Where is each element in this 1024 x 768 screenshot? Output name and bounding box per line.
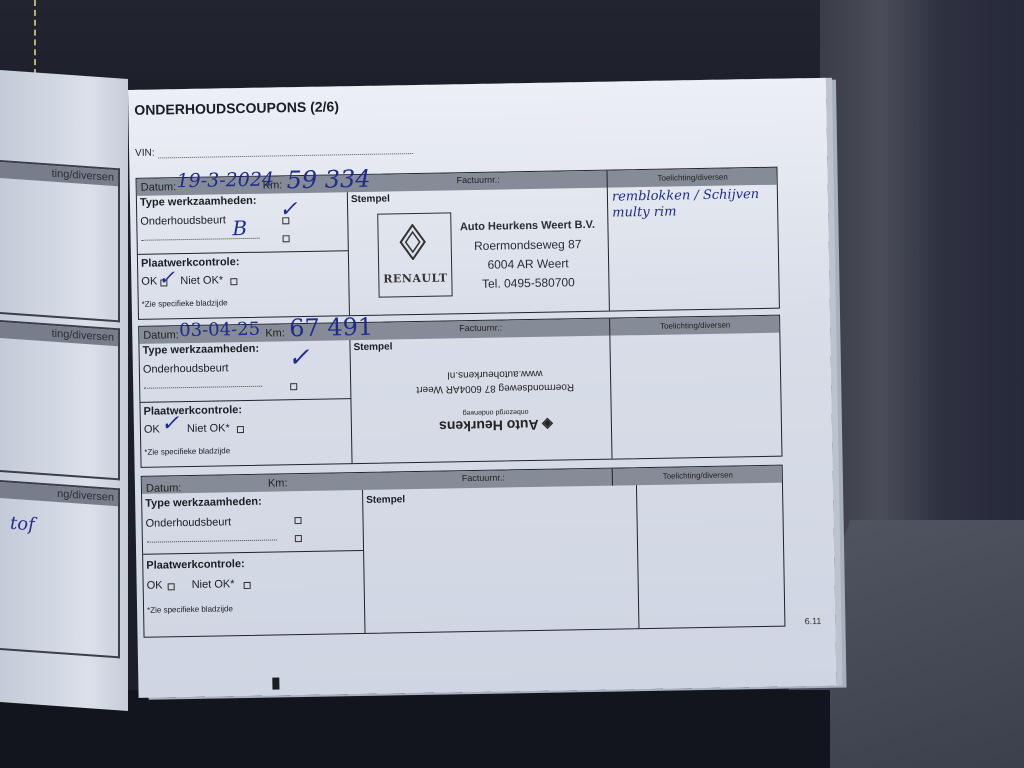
coupon-work-section: Type werkzaamheden: Onderhoudsbeurt ✓ B …: [137, 192, 350, 319]
page-number: 6.11: [804, 616, 821, 626]
renault-diamond-icon: ◈: [542, 417, 553, 433]
left-toelichting-header: ting/diversen: [0, 322, 118, 346]
toelichting-box[interactable]: [636, 483, 785, 629]
left-handwriting: tof: [10, 513, 35, 536]
other-work-checkbox[interactable]: [295, 535, 302, 542]
check-mark: ✓: [158, 265, 175, 289]
plaatwerkcontrole-label: Plaatwerkcontrole:: [144, 404, 243, 418]
coupon-work-section: Type werkzaamheden: Onderhoudsbeurt Plaa…: [142, 490, 365, 637]
datum-label: Datum:: [143, 329, 179, 342]
factuurnr-label: Factuurnr.:: [459, 323, 502, 334]
niet-ok-label: Niet OK*: [192, 578, 235, 591]
dotted-line: [144, 386, 262, 389]
datum-value[interactable]: 03-04-25: [179, 319, 260, 341]
niet-ok-checkbox[interactable]: [244, 582, 251, 589]
coupon-1: Datum: 19-3-2024 Km: 59 334 Factuurnr.: …: [136, 167, 780, 320]
niet-ok-label: Niet OK*: [180, 274, 223, 287]
onderhoudsbeurt-label: Onderhoudsbeurt: [143, 362, 229, 375]
work-type-box: Type werkzaamheden: Onderhoudsbeurt ✓: [139, 340, 350, 403]
factuurnr-label: Factuurnr.:: [462, 472, 505, 483]
dealer-city: 6004 AR Weert: [458, 254, 598, 275]
maintenance-coupon-page: ONDERHOUDSCOUPONS (2/6) VIN: Datum: 19-3…: [128, 78, 837, 698]
other-work-checkbox[interactable]: [290, 383, 297, 390]
left-coupon-fragment: ting/diversen: [0, 160, 120, 322]
stempel-label: Stempel: [366, 494, 405, 506]
left-booklet-page: ting/diversen ting/diversen ng/diversen …: [0, 70, 128, 711]
check-mark: ✓: [279, 197, 298, 222]
seat-stitching: [34, 0, 36, 75]
factuurnr-label: Factuurnr.:: [457, 175, 500, 186]
check-mark: ✓: [161, 411, 180, 436]
binder-mark: [272, 677, 279, 689]
toelichting-box: remblokken / Schijven multy rim: [607, 185, 780, 311]
type-werkzaamheden-label: Type werkzaamheden:: [140, 195, 257, 209]
renault-logo-box: RENAULT: [377, 212, 452, 297]
type-werkzaamheden-label: Type werkzaamheden:: [142, 343, 259, 357]
ok-label: OK: [141, 276, 157, 288]
left-toelichting-header: ting/diversen: [0, 162, 118, 186]
niet-ok-checkbox[interactable]: [230, 278, 237, 285]
niet-ok-checkbox[interactable]: [237, 426, 244, 433]
service-type-note[interactable]: B: [232, 216, 247, 240]
km-value[interactable]: 67 491: [289, 313, 373, 342]
footnote: *Zie specifieke bladzijde: [144, 446, 230, 456]
check-mark: ✓: [287, 343, 309, 373]
dealer-phone: Tel. 0495-580700: [458, 273, 598, 294]
work-type-box: Type werkzaamheden: Onderhoudsbeurt ✓ B: [137, 192, 348, 255]
onderhoudsbeurt-label: Onderhoudsbeurt: [140, 214, 226, 227]
car-seat-backrest: [0, 0, 840, 80]
datum-value[interactable]: 19-3-2024: [176, 168, 274, 192]
dealer-name: Auto Heurkens Weert B.V.: [457, 216, 597, 237]
toelichting-box[interactable]: [609, 333, 782, 459]
dealer-address: Roermondseweg 87 6004AR Weert: [385, 379, 605, 397]
dealer-street: Roermondseweg 87: [458, 235, 598, 256]
km-label: Km:: [263, 179, 283, 191]
plaatwerkcontrole-label: Plaatwerkcontrole:: [141, 256, 240, 270]
niet-ok-label: Niet OK*: [187, 422, 230, 435]
dealer-stamp: RENAULT Auto Heurkens Weert B.V. Roermon…: [377, 206, 599, 300]
dealer-stamp-upside-down: ◈ Auto Heurkens onbezorgd onderweg Roerm…: [384, 339, 606, 443]
toelichting-handwriting[interactable]: remblokken / Schijven multy rim: [612, 187, 773, 222]
work-type-box: Type werkzaamheden: Onderhoudsbeurt: [142, 490, 363, 555]
ok-checkbox[interactable]: [168, 583, 175, 590]
page-title: ONDERHOUDSCOUPONS (2/6): [134, 98, 339, 118]
dealer-address: Auto Heurkens Weert B.V. Roermondseweg 8…: [457, 216, 598, 294]
ok-label: OK: [144, 423, 160, 435]
renault-diamond-icon: [398, 224, 427, 260]
coupon-3: Datum: Km: Factuurnr.: Toelichting/diver…: [141, 465, 786, 638]
left-toelichting-header: ng/diversen: [0, 482, 118, 506]
coupon-2: Datum: 03-04-25 Km: 67 491 Factuurnr.: T…: [138, 315, 782, 468]
datum-label: Datum:: [141, 181, 177, 194]
left-coupon-fragment: ting/diversen: [0, 320, 120, 480]
left-coupon-fragment: ng/diversen tof: [0, 480, 120, 658]
other-work-checkbox[interactable]: [283, 235, 290, 242]
footnote: *Zie specifieke bladzijde: [147, 604, 233, 614]
ok-label: OK: [147, 579, 163, 591]
type-werkzaamheden-label: Type werkzaamheden:: [145, 496, 262, 510]
footnote: *Zie specifieke bladzijde: [142, 298, 228, 308]
dotted-line: [147, 539, 277, 542]
vin-dotted-line: [159, 153, 414, 158]
stempel-label: Stempel: [351, 193, 390, 205]
km-label: Km:: [265, 327, 285, 339]
onderhoudsbeurt-label: Onderhoudsbeurt: [145, 516, 231, 529]
km-label: Km:: [268, 477, 288, 489]
vin-field[interactable]: VIN:: [135, 143, 414, 159]
renault-brand-text: RENAULT: [383, 271, 447, 285]
coupon-work-section: Type werkzaamheden: Onderhoudsbeurt ✓ Pl…: [139, 340, 352, 467]
vin-label: VIN:: [135, 148, 155, 159]
onderhoudsbeurt-checkbox[interactable]: [294, 517, 301, 524]
dealer-brand-name: Auto Heurkens: [439, 417, 539, 435]
km-value[interactable]: 59 334: [286, 165, 370, 194]
plaatwerkcontrole-label: Plaatwerkcontrole:: [146, 558, 245, 572]
